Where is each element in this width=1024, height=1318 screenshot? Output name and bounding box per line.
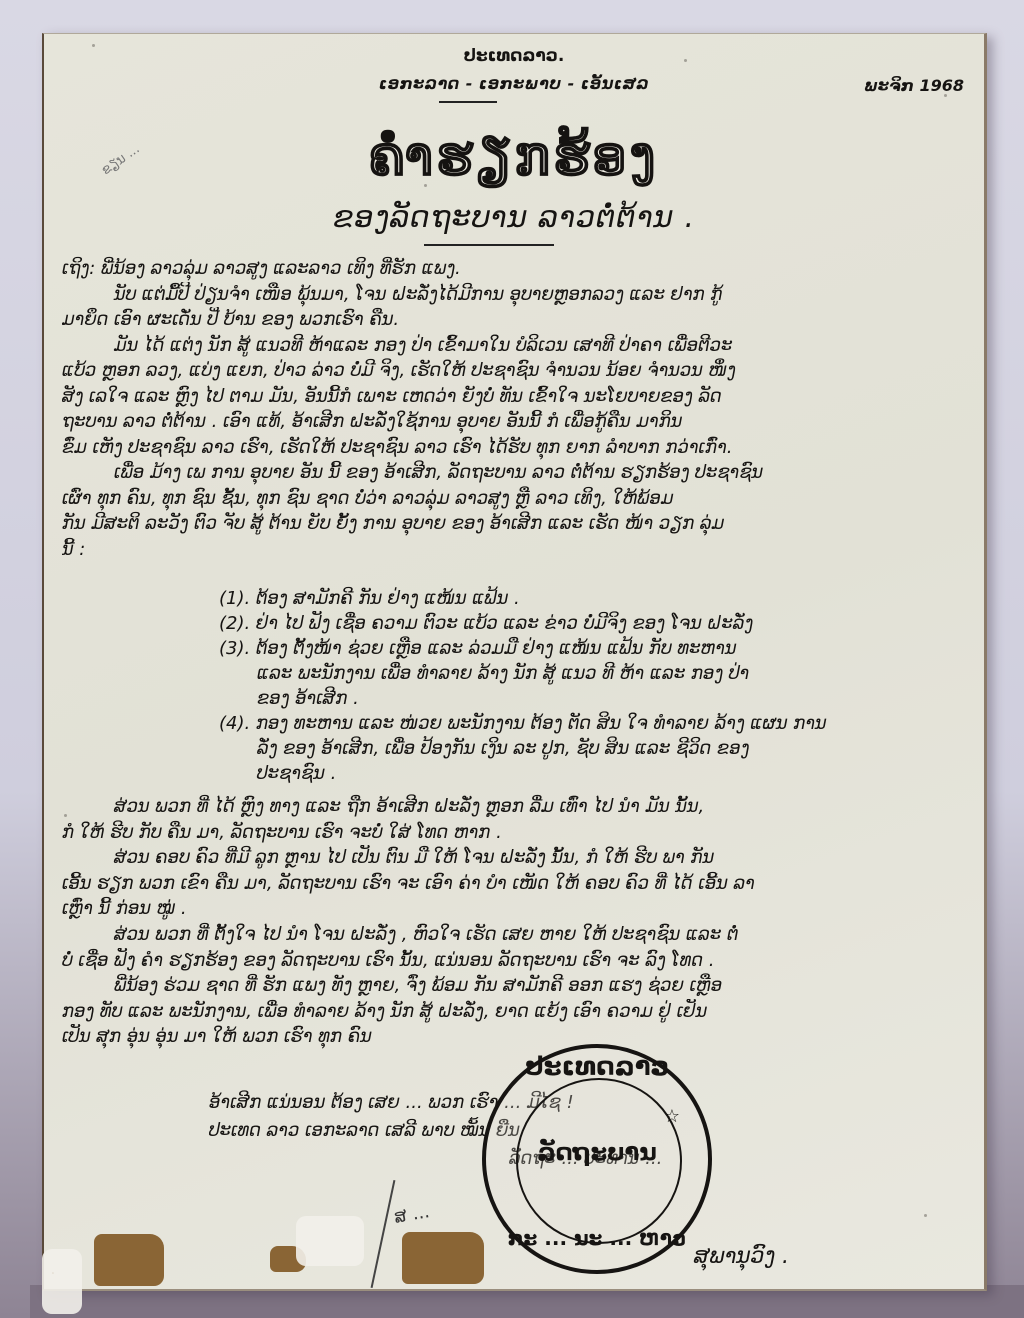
list-item-4-cont: ລັ່ງ ຂອງ ອ້າເສີກ, ເພື່ອ ປ້ອງກັນ ເງິນ ລະ …	[219, 736, 962, 761]
body-line: ແບ້ວ ຫຼອກ ລວງ, ແບ່ງ ແຍກ, ປ່າວ ລ່າວ ບໍ່ມີ…	[62, 358, 962, 384]
stain	[402, 1232, 484, 1284]
body-line: ມາຍຶດ ເອົາ ຜະເດັ່ນ ປີ່ ບ້ານ ຂອງ ພວກເຮົາ …	[62, 307, 962, 333]
body-line: ກັນ ມີສະຕິ ລະວັງ ຕົວ ຈັບ ສູ້ ຕ້ານ ຍັບ ຍັ…	[62, 511, 962, 537]
motto-underline	[439, 101, 497, 103]
body-line: ມັນ ໄດ້ ແຕ່ງ ນັກ ສູ້ ແນວທີ ຫ້າແລະ ກອງ ປ່…	[62, 333, 962, 359]
list-item-3: (3). ຕ້ອງ ຕັ້ງໜ້າ ຊ່ວຍ ເຫຼືອ ແລະ ລ່ວມມື …	[219, 636, 962, 661]
pencil-mark	[371, 1180, 396, 1288]
list-item-3-cont: ແລະ ພະນັກງານ ເພື່ອ ທຳລາຍ ລ້າງ ນັກ ສູ້ ແນ…	[219, 661, 962, 686]
peeled-area	[42, 1249, 82, 1314]
speck	[924, 1214, 927, 1217]
pencil-annotation: ສ ...	[392, 1201, 431, 1228]
appeal-body-continued: ສ່ວນ ພວກ ທີ່ ໄດ້ ຫຼົງ ທາງ ແລະ ຖືກ ອ້າເສີ…	[62, 794, 962, 1050]
list-item-3-cont: ຂອງ ອ້າເສີກ .	[219, 686, 962, 711]
stain	[94, 1234, 164, 1286]
peeled-area	[296, 1216, 364, 1266]
seal-bottom-text: ກະ ... ນະ ... ຫາວ	[486, 1226, 708, 1250]
document-title: ຄຳຮຽກຮ້ອງ	[44, 126, 984, 187]
document-subtitle: ຂອງລັດຖະບານ ລາວຕໍ່ຕ້ານ .	[44, 200, 984, 235]
subtitle-underline	[424, 244, 554, 246]
demands-list: (1). ຕ້ອງ ສາມັກຄີ ກັນ ຢ່າງ ແໜ້ນ ແຟ້ນ . (…	[219, 586, 962, 786]
body-line: ຂົ່ມ ເຫັງ ປະຊາຊົນ ລາວ ເຮົາ, ເຮັດໃຫ້ ປະຊາ…	[62, 435, 962, 461]
list-item-4-cont: ປະຊາຊົນ .	[219, 761, 962, 786]
list-item-1: (1). ຕ້ອງ ສາມັກຄີ ກັນ ຢ່າງ ແໜ້ນ ແຟ້ນ .	[219, 586, 962, 611]
body-line: ບໍ່ ເຊື່ອ ຟັງ ຄຳ ຮຽກຮ້ອງ ຂອງ ລັດຖະບານ ເຮ…	[62, 948, 962, 974]
body-line: ສ່ວນ ພວກ ທີ່ ໄດ້ ຫຼົງ ທາງ ແລະ ຖືກ ອ້າເສີ…	[62, 794, 962, 820]
appeal-body: ເຖິງ: ພີ່ນ້ອງ ລາວລຸ່ມ ລາວສູງ ແລະລາວ ເທິງ…	[62, 256, 962, 562]
signature-name: ສຸພານຸວົງ .	[694, 1244, 789, 1269]
salutation: ເຖິງ: ພີ່ນ້ອງ ລາວລຸ່ມ ລາວສູງ ແລະລາວ ເທິງ…	[62, 256, 962, 282]
country-header: ປະເທດລາວ.	[44, 46, 984, 66]
star-icon: ☆	[664, 1106, 680, 1127]
seal-middle-text: ລັດຖະບານ	[486, 1138, 708, 1166]
body-line: ກໍ ໃຫ້ ຮີບ ກັບ ຄືນ ມາ, ລັດຖະບານ ເຮົາ ຈະບ…	[62, 820, 962, 846]
official-seal: ປະເທດລາວ ☆ ລັດຖະບານ ກະ ... ນະ ... ຫາວ	[482, 1044, 712, 1274]
body-line: ເພື່ອ ມ້າງ ເພ ການ ອຸບາຍ ອັນ ນີ້ ຂອງ ອ້າເ…	[62, 460, 962, 486]
body-line: ຖະບານ ລາວ ຕໍ່ຕ້ານ . ເອົາ ແທ້, ອ້າເສີກ ຝະ…	[62, 409, 962, 435]
body-line: ເອີ້ນ ຮຽກ ພວກ ເຂົາ ຄືນ ມາ, ລັດຖະບານ ເຮົາ…	[62, 871, 962, 897]
body-line: ນັບ ແຕ່ມື້ປີ ປ່ຽນຈຳ ເໜືອ ພຸ້ນມາ, ໂຈນ ຝະລ…	[62, 282, 962, 308]
body-line: ສ່ວນ ພວກ ທີ່ ຕັ້ງໃຈ ໄປ ນຳ ໂຈນ ຝະລັ່ງ , ຫ…	[62, 922, 962, 948]
list-item-4: (4). ກອງ ທະຫານ ແລະ ໜ່ວຍ ພະນັກງານ ຕ້ອງ ຕັ…	[219, 711, 962, 736]
body-line: ສ່ວນ ຄອບ ຄົວ ທີ່ມີ ລູກ ຫຼານ ໄປ ເປັນ ຕົນ …	[62, 845, 962, 871]
body-line: ກອງ ທັບ ແລະ ພະນັກງານ, ເພື່ອ ທຳລາຍ ລ້າງ ນ…	[62, 999, 962, 1025]
body-line: ສັງ ເລໃຈ ແລະ ຫຼົງ ໄປ ຕາມ ມັນ, ອັນນີ້ກໍ ເ…	[62, 384, 962, 410]
body-line: ເປັນ ສຸກ ອຸ່ນ ອຸ່ນ ມາ ໃຫ້ ພວກ ເຮົາ ທຸກ ຄ…	[62, 1024, 962, 1050]
document-board: ຂຽນ ... ປະເທດລາວ. ເອກະລາດ - ເອກະພາບ - ເອ…	[42, 33, 987, 1291]
list-item-2: (2). ຢ່າ ໄປ ຟັງ ເຊື່ອ ຄວາມ ຕົວະ ແບ້ວ ແລະ…	[219, 611, 962, 636]
body-line: ພີ່ນ້ອງ ຮ່ວມ ຊາດ ທີ່ ຮັກ ແພງ ທັງ ຫຼາຍ, ຈ…	[62, 973, 962, 999]
national-motto: ເອກະລາດ - ເອກະພາບ - ເອັ້ນເສລ	[44, 74, 984, 93]
body-line: ເຫຼົ່າ ນີ້ ກ່ອນ ໝູ່ .	[62, 896, 962, 922]
body-line: ນີ້ :	[62, 537, 962, 563]
seal-top-text: ປະເທດລາວ	[486, 1052, 708, 1082]
document-date: ພະຈິກ 1968	[864, 76, 964, 95]
body-line: ເຜົ່າ ທຸກ ຄົນ, ທຸກ ຊົນ ຊັ້ນ, ທຸກ ຊົນ ຊາດ…	[62, 486, 962, 512]
